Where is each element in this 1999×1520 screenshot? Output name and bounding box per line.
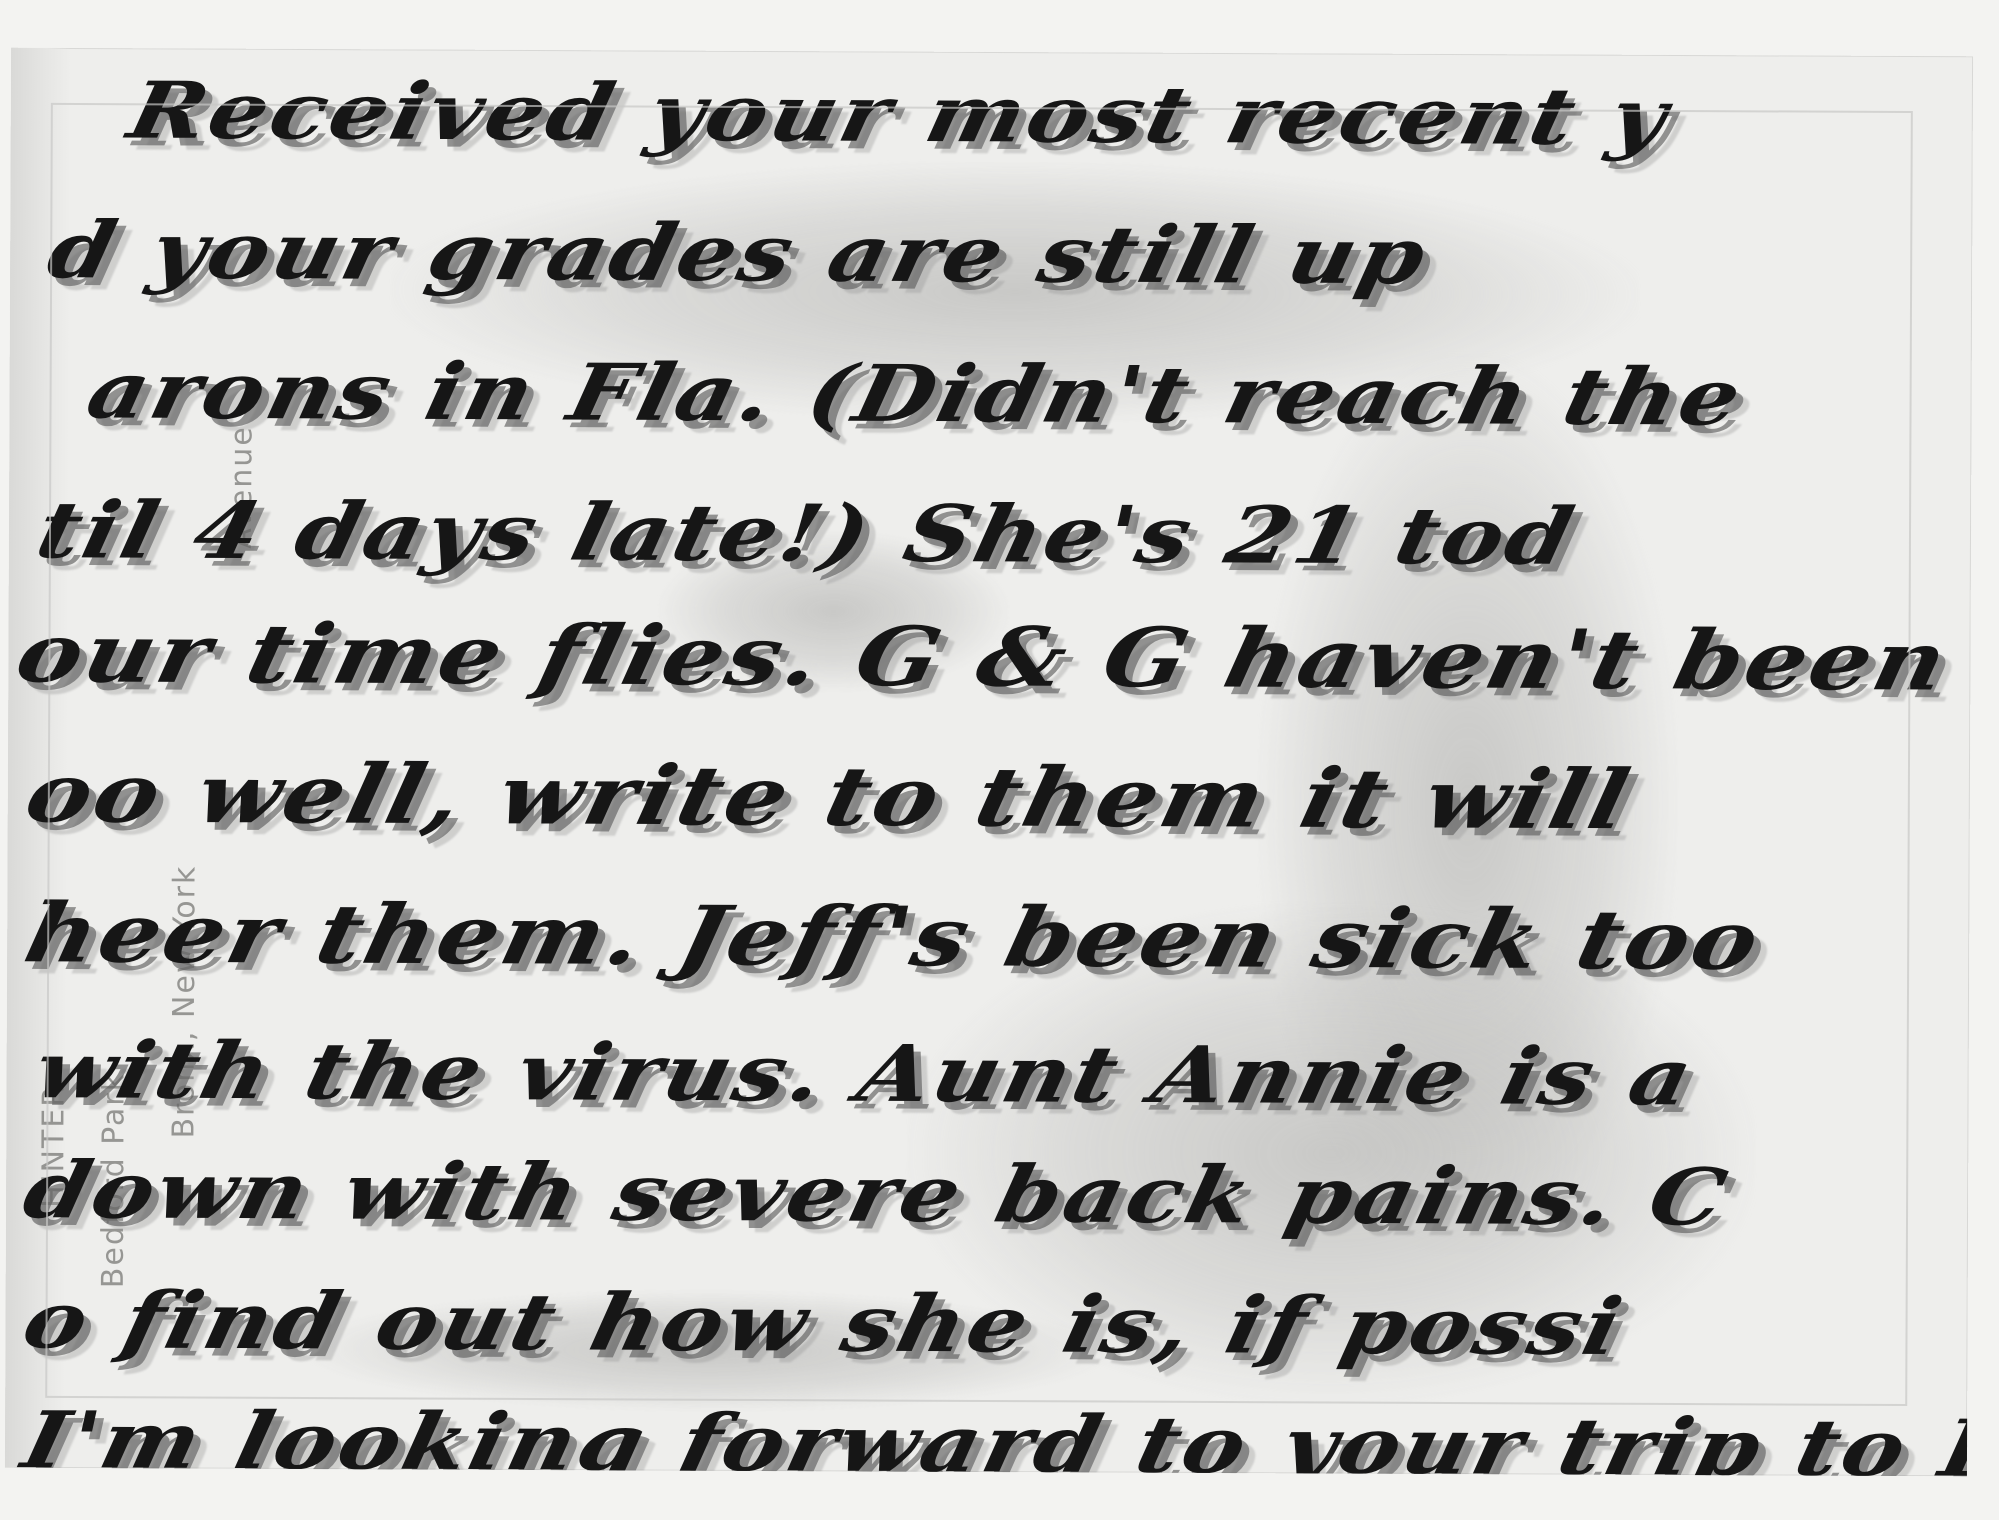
letter-line: Received your most recent y [121,64,1678,162]
letter-line: I'm looking forward to your trip to F [15,1394,1973,1476]
letter-line: oo well, write to them it will [18,745,1641,848]
letter-line: heer them. Jeff's been sick too [17,885,1770,989]
letter-line: til 4 days late!) She's 21 tod [29,484,1584,582]
letter-line-text: heer them. Jeff's been sick too [17,885,1770,989]
letter-line-text: til 4 days late!) She's 21 tod [29,484,1584,582]
letter-line-text: arons in Fla. (Didn't reach the [79,344,1752,443]
letter-line: our time flies. G & G haven't been [8,605,1958,709]
letter-line-text: o find out how she is, if possi [15,1274,1632,1373]
letter-line-text: Received your most recent y [121,64,1678,162]
letter-line: o find out how she is, if possi [15,1274,1632,1373]
letter-line-text: with the virus. Aunt Annie is a [26,1024,1703,1123]
letter-line-text: oo well, write to them it will [18,745,1641,848]
letter-line-text: down with severe back pains. C [16,1144,1737,1243]
mat-background: HINTERBedford ParkBronx, New YorkAvenue … [0,0,1999,1520]
letter-line-text: d your grades are still up [40,204,1437,302]
letter-line: d your grades are still up [40,204,1437,302]
letter-line-text: I'm looking forward to your trip to F [15,1394,1973,1476]
letter-line: down with severe back pains. C [16,1144,1737,1243]
handwritten-letter: Received your most recent yd your grades… [5,48,1973,1477]
letter-line-text: our time flies. G & G haven't been [8,605,1958,709]
letter-line: arons in Fla. (Didn't reach the [79,344,1752,443]
letter-line: with the virus. Aunt Annie is a [26,1024,1703,1123]
letter-print: HINTERBedford ParkBronx, New YorkAvenue … [5,48,1973,1477]
